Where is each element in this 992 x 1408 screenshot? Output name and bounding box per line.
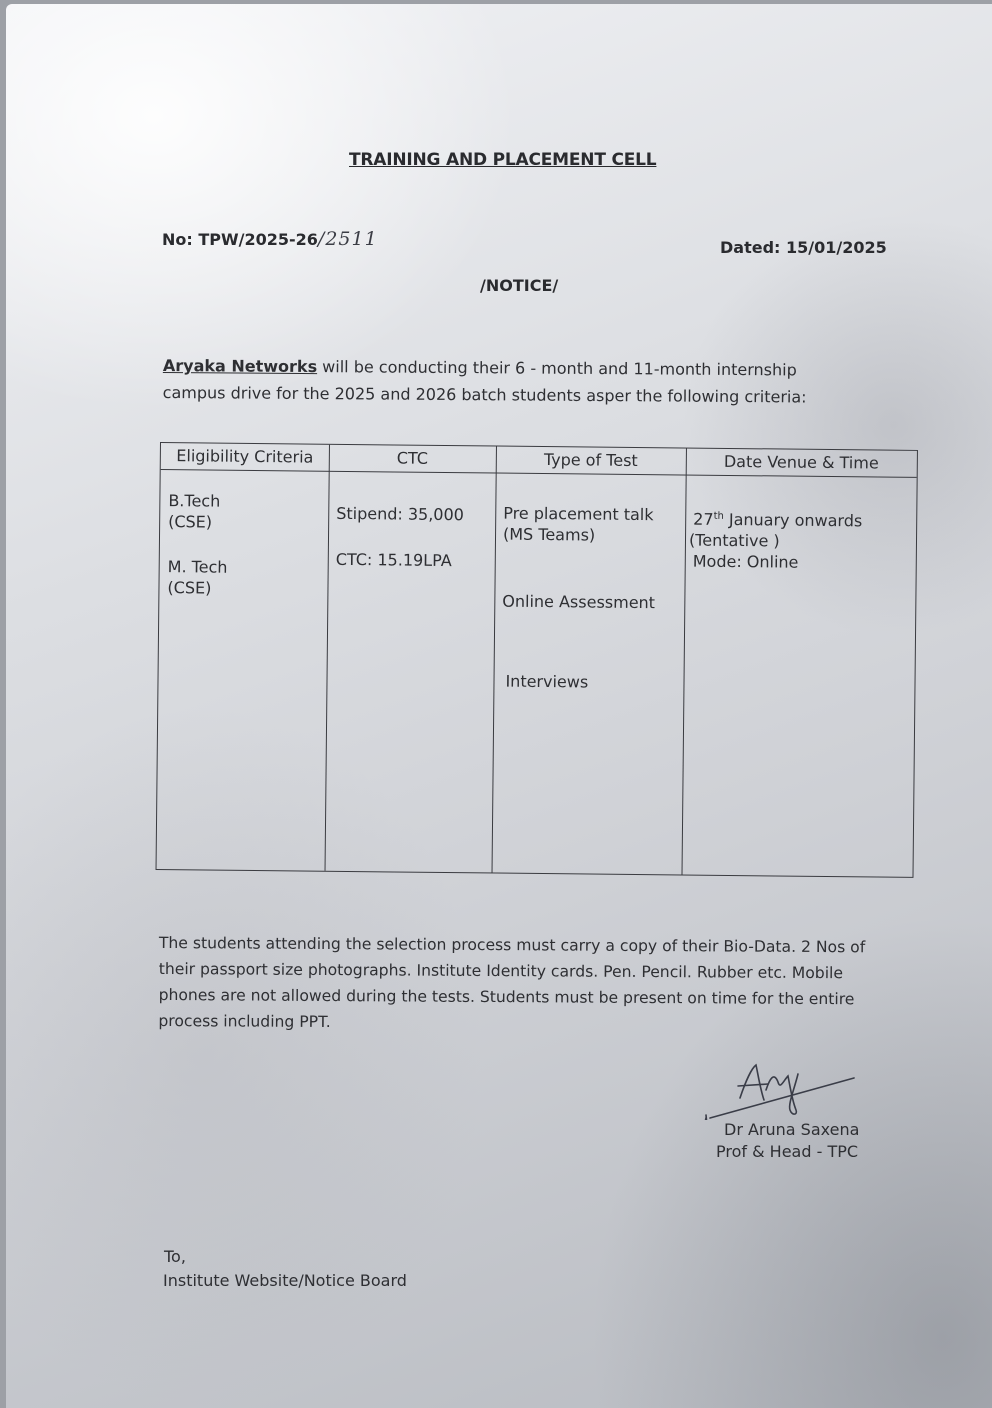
column-schedule: Date Venue & Time 27th January onwards (…: [681, 449, 916, 877]
signatory-name: Dr Aruna Saxena: [724, 1120, 859, 1139]
ctc-value: CTC: 15.19LPA: [336, 549, 491, 572]
test-item: Pre placement talk (MS Teams): [503, 503, 681, 547]
table-header-test-type: Type of Test: [496, 450, 686, 471]
notice-date: Dated: 15/01/2025: [720, 238, 887, 257]
eligibility-item: B.Tech (CSE): [168, 490, 324, 534]
schedule-tentative: (Tentative ): [689, 530, 912, 553]
page-title: TRAINING AND PLACEMENT CELL: [349, 150, 656, 170]
signatory-title: Prof & Head - TPC: [716, 1142, 858, 1161]
schedule-date: 27th January onwards: [693, 509, 912, 532]
table-header-eligibility: Eligibility Criteria: [161, 446, 329, 467]
recipient-label: To,: [164, 1247, 186, 1266]
stipend-value: Stipend: 35,000: [336, 503, 491, 526]
reference-number: No: TPW/2025-26/2511: [162, 228, 378, 250]
instructions-paragraph: The students attending the selection pro…: [158, 930, 879, 1038]
intro-paragraph: Aryaka Networks will be conducting their…: [163, 352, 863, 411]
reference-printed: No: TPW/2025-26: [162, 230, 318, 249]
test-item: Interviews: [505, 671, 679, 694]
schedule-mode: Mode: Online: [693, 551, 912, 574]
recipient: Institute Website/Notice Board: [163, 1271, 407, 1290]
eligibility-item: M. Tech (CSE): [167, 556, 323, 600]
column-ctc: CTC Stipend: 35,000 CTC: 15.19LPA: [325, 445, 497, 873]
company-name: Aryaka Networks: [163, 356, 317, 376]
table-header-ctc: CTC: [329, 448, 496, 469]
schedule-details: 27th January onwards (Tentative ) Mode: …: [693, 509, 913, 574]
test-item: Online Assessment: [502, 591, 680, 614]
column-test-type: Type of Test Pre placement talk (MS Team…: [492, 447, 687, 875]
column-eligibility: Eligibility Criteria B.Tech (CSE) M. Tec…: [157, 443, 330, 871]
signature-mark: [680, 1060, 880, 1120]
notice-label: /NOTICE/: [480, 276, 558, 295]
reference-handwritten: /2511: [318, 228, 378, 250]
criteria-table: Eligibility Criteria B.Tech (CSE) M. Tec…: [156, 442, 918, 878]
table-header-schedule: Date Venue & Time: [686, 452, 917, 473]
